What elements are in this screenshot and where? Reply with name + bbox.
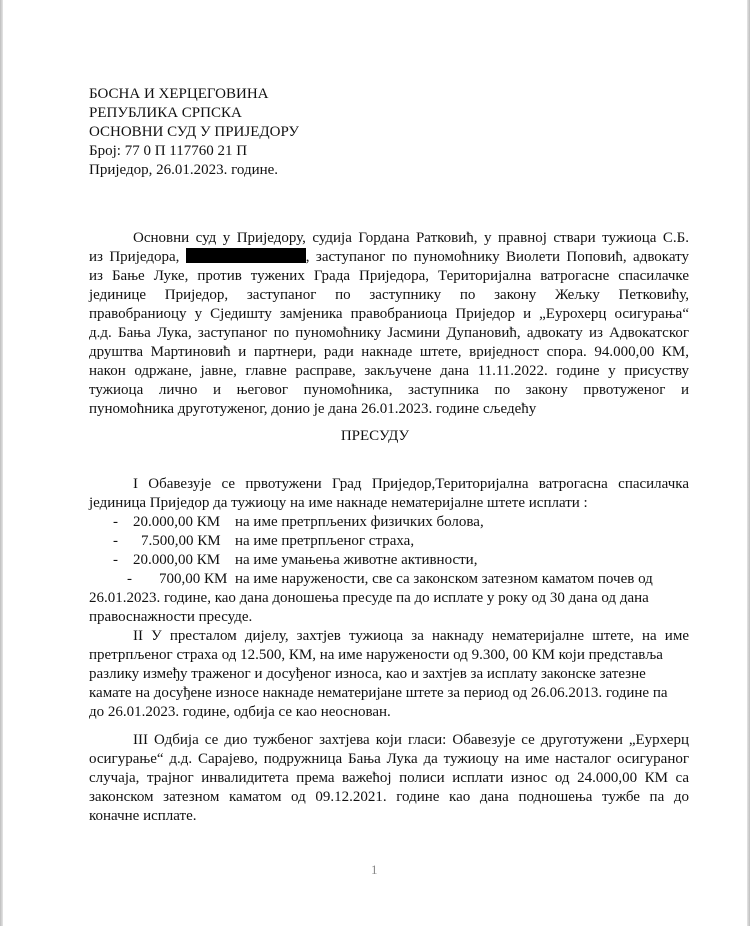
section-2-line: камате на досуђене износе накнаде немате… bbox=[89, 684, 689, 703]
section-3-line: осигурање“ д.д. Сарајево, подружница Бањ… bbox=[89, 750, 689, 769]
section-1-line: јединица Приједор да тужиоцу на име накн… bbox=[89, 494, 689, 513]
intro-line: из Бање Луке, против тужених Града Прије… bbox=[89, 267, 689, 286]
bullet-dash: - bbox=[113, 513, 118, 532]
award-amount: 7.500,00 КМ bbox=[141, 532, 221, 551]
award-description: на име умањења животне активности, bbox=[235, 551, 477, 570]
section-3-line: законском затезном каматом од 09.12.2021… bbox=[89, 788, 689, 807]
section-2-line: II У престалом дијелу, захтјев тужиоца з… bbox=[89, 627, 689, 646]
redacted-block bbox=[186, 248, 306, 263]
section-2-line: разлику између траженог и досуђеног изно… bbox=[89, 665, 689, 684]
intro-line: друштва Мартиновић и партнери, ради накн… bbox=[89, 343, 689, 362]
section-3-line: III Одбија се дио тужбеног захтјева који… bbox=[89, 731, 689, 750]
bullet-dash: - bbox=[113, 532, 118, 551]
header-court: ОСНОВНИ СУД У ПРИЈЕДОРУ bbox=[89, 123, 299, 142]
award-description: на име претрпљеног страха, bbox=[235, 532, 414, 551]
header-entity: РЕПУБЛИКА СРПСКА bbox=[89, 104, 242, 123]
award-amount: 700,00 КМ bbox=[159, 570, 227, 589]
award-description: на име наружености, све са законском зат… bbox=[235, 570, 653, 589]
intro-line: тужиоца лично и његовог пуномоћника, зас… bbox=[89, 381, 689, 400]
intro-text: из Приједора, bbox=[89, 249, 186, 265]
section-1-line: правоснажности пресуде. bbox=[89, 608, 689, 627]
bullet-dash: - bbox=[127, 570, 132, 589]
page-edge-left bbox=[0, 0, 3, 926]
intro-line: након одржане, јавне, главне расправе, з… bbox=[89, 362, 689, 381]
section-2-line: до 26.01.2023. године, одбија се као нео… bbox=[89, 703, 689, 722]
intro-line: правобраниоцу у Сједишту замјеника право… bbox=[89, 305, 689, 324]
bullet-dash: - bbox=[113, 551, 118, 570]
page-number: 1 bbox=[371, 862, 378, 878]
section-1-line: 26.01.2023. године, као дана доношења пр… bbox=[89, 589, 689, 608]
verdict-title: ПРЕСУДУ bbox=[89, 427, 661, 446]
intro-line: из Приједора, , заступаног по пуномоћник… bbox=[89, 248, 689, 267]
section-2-line: претрпљеног страха од 12.500, КМ, на име… bbox=[89, 646, 689, 665]
intro-line: јединице Приједор, заступаног по заступн… bbox=[89, 286, 689, 305]
header-country: БОСНА И ХЕРЦЕГОВИНА bbox=[89, 85, 269, 104]
case-number: Број: 77 0 П 117760 21 П bbox=[89, 142, 247, 161]
section-3-line: случаја, трајног инвалидитета према важе… bbox=[89, 769, 689, 788]
award-description: на име претрпљених физичких болова, bbox=[235, 513, 484, 532]
intro-line: Основни суд у Приједору, судија Гордана … bbox=[89, 229, 689, 248]
place-date: Приједор, 26.01.2023. године. bbox=[89, 161, 278, 180]
award-amount: 20.000,00 КМ bbox=[133, 513, 220, 532]
intro-line: пуномоћника друготуженог, донио је дана … bbox=[89, 400, 689, 419]
section-1-line: I Обавезује се првотужени Град Приједор,… bbox=[89, 475, 689, 494]
intro-line: д.д. Бања Лука, заступаног по пуномоћник… bbox=[89, 324, 689, 343]
section-3-line: коначне исплате. bbox=[89, 807, 689, 826]
intro-text: , заступаног по пуномоћнику Виолети Попо… bbox=[306, 249, 689, 265]
award-amount: 20.000,00 КМ bbox=[133, 551, 220, 570]
